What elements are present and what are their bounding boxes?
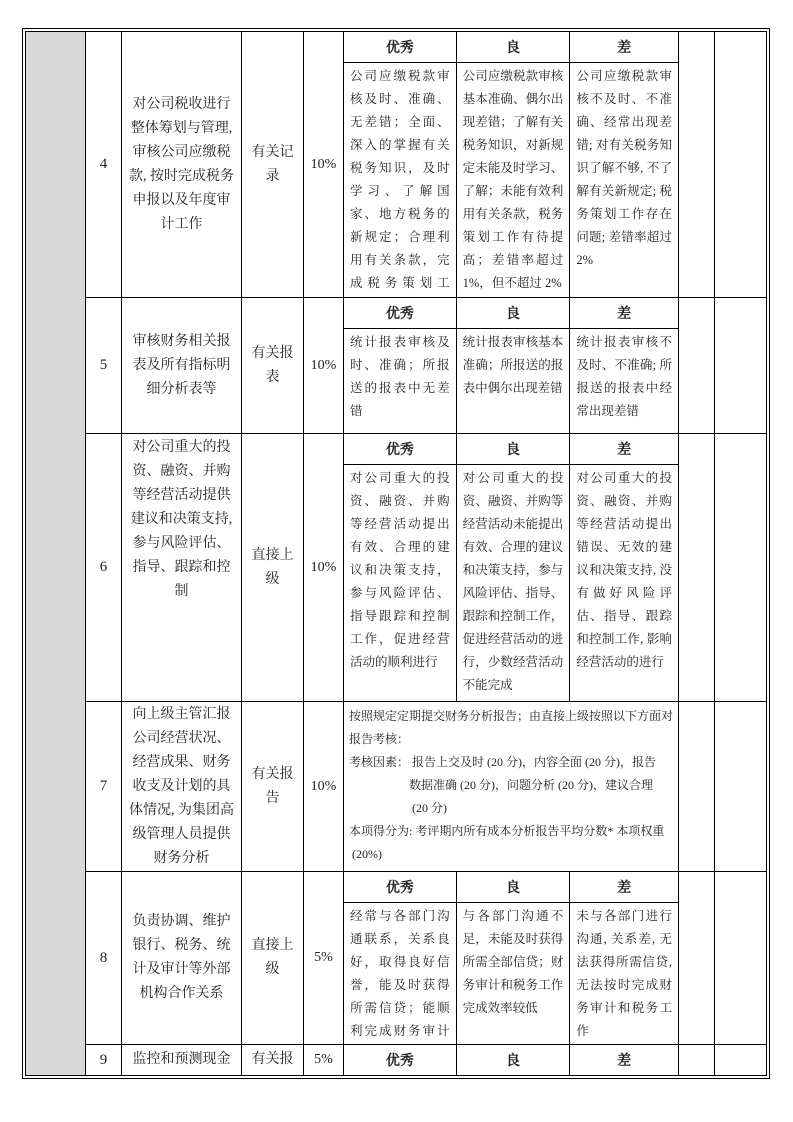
criteria-header-excellent: 优秀 [344, 872, 456, 903]
weight-value: 10% [304, 298, 344, 433]
criteria-block: 优秀 良 差 [344, 1045, 679, 1075]
criteria-text-excellent: 统计报表审核及时、准确；所报送的报表中无差错 [344, 329, 456, 425]
remarks-cell-empty [715, 298, 766, 433]
criteria-block: 优秀 对公司重大的投资、融资、并购等经营活动提出有效、合理的建议和决策支持，参与… [344, 434, 679, 701]
weight-value: 5% [304, 1045, 344, 1075]
weight-value: 10% [304, 434, 344, 701]
criteria-header-excellent: 优秀 [344, 1045, 456, 1075]
criteria-column-excellent: 优秀 公司应缴税款审核及时、准确、无差错；全面、深入的掌握有关税务知识，及时学习… [344, 32, 457, 297]
criteria-header-poor: 差 [570, 434, 678, 465]
table-row: 6 对公司重大的投资、融资、并购等经营活动提供建议和决策支持, 参与风险评估、指… [86, 434, 766, 702]
weight-value: 10% [304, 702, 344, 871]
criteria-column-good: 良 对公司重大的投资、融资、并购等经营活动未能提出有效、合理的建议和决策支持，参… [457, 434, 571, 701]
criteria-header-good: 良 [457, 872, 570, 903]
criteria-column-excellent: 优秀 [344, 1045, 457, 1075]
criteria-text-excellent: 公司应缴税款审核及时、准确、无差错；全面、深入的掌握有关税务知识，及时学习、了解… [344, 63, 456, 297]
criteria-header-good: 良 [457, 434, 570, 465]
task-description: 审核财务相关报表及所有指标明细分析表等 [122, 298, 242, 433]
table-row: 9 监控和预测现金 有关报 5% 优秀 良 差 [86, 1045, 766, 1075]
task-description: 向上级主管汇报公司经营状况、经营成果、财务收支及计划的具体情况, 为集团高级管理… [122, 702, 242, 871]
criteria-header-poor: 差 [570, 1045, 678, 1075]
row-number: 7 [86, 702, 122, 871]
weight-value: 5% [304, 872, 344, 1044]
criteria-text-poor: 对公司重大的投资、融资、并购等经营活动提出错误、无效的建议和决策支持, 没有做好… [570, 465, 678, 676]
category-shaded-column [26, 32, 86, 1075]
criteria-column-poor: 差 统计报表审核不及时、不准确; 所报送的报表中经常出现差错 [570, 298, 678, 433]
info-source: 有关报告 [242, 702, 304, 871]
criteria-header-poor: 差 [570, 872, 678, 903]
criteria-column-excellent: 优秀 统计报表审核及时、准确；所报送的报表中无差错 [344, 298, 457, 433]
criteria-header-excellent: 优秀 [344, 298, 456, 329]
task-description: 对公司税收进行整体筹划与管理, 审核公司应缴税款, 按时完成税务申报以及年度审计… [122, 32, 242, 297]
task-description: 监控和预测现金 [122, 1045, 242, 1075]
criteria-text-poor: 公司应缴税款审核不及时、不准确、经常出现差错; 对有关税务知识了解不够, 不了解… [570, 63, 678, 274]
assessment-merged-cell: 按照规定定期提交财务分析报告；由直接上级按照以下方面对 报告考核： 考核因素： … [344, 702, 679, 871]
criteria-header-good: 良 [457, 32, 570, 63]
criteria-column-poor: 差 对公司重大的投资、融资、并购等经营活动提出错误、无效的建议和决策支持, 没有… [570, 434, 678, 701]
score-cell-empty [679, 702, 715, 871]
criteria-header-good: 良 [457, 1045, 570, 1075]
info-source: 有关报 [242, 1045, 304, 1075]
remarks-cell-empty [715, 702, 766, 871]
criteria-text-good: 与各部门沟通不足，未能及时获得所需全部信贷；财务审计和税务工作完成效率较低 [457, 903, 570, 1022]
kpi-evaluation-table: 4 对公司税收进行整体筹划与管理, 审核公司应缴税款, 按时完成税务申报以及年度… [22, 28, 770, 1079]
criteria-column-poor: 差 公司应缴税款审核不及时、不准确、经常出现差错; 对有关税务知识了解不够, 不… [570, 32, 678, 297]
criteria-text-excellent: 对公司重大的投资、融资、并购等经营活动提出有效、合理的建议和决策支持，参与风险评… [344, 465, 456, 676]
row-number: 4 [86, 32, 122, 297]
criteria-text-excellent: 经常与各部门沟通联系，关系良好，取得良好信誉，能及时获得所需信贷；能顺利完成财务… [344, 903, 456, 1044]
criteria-header-poor: 差 [570, 32, 678, 63]
row-number: 8 [86, 872, 122, 1044]
info-source: 直接上级 [242, 872, 304, 1044]
table-row: 4 对公司税收进行整体筹划与管理, 审核公司应缴税款, 按时完成税务申报以及年度… [86, 32, 766, 298]
remarks-cell-empty [715, 434, 766, 701]
criteria-header-excellent: 优秀 [344, 32, 456, 63]
criteria-column-good: 良 与各部门沟通不足，未能及时获得所需全部信贷；财务审计和税务工作完成效率较低 [457, 872, 571, 1044]
criteria-header-poor: 差 [570, 298, 678, 329]
info-source: 有关报表 [242, 298, 304, 433]
info-source: 有关记录 [242, 32, 304, 297]
score-cell-empty [679, 434, 715, 701]
criteria-column-excellent: 优秀 对公司重大的投资、融资、并购等经营活动提出有效、合理的建议和决策支持，参与… [344, 434, 457, 701]
score-cell-empty [679, 872, 715, 1044]
assessment-text: 按照规定定期提交财务分析报告；由直接上级按照以下方面对 报告考核： 考核因素： … [344, 702, 678, 869]
table-row: 5 审核财务相关报表及所有指标明细分析表等 有关报表 10% 优秀 统计报表审核… [86, 298, 766, 434]
criteria-header-good: 良 [457, 298, 570, 329]
score-cell-empty [679, 1045, 715, 1075]
criteria-text-good: 对公司重大的投资、融资、并购等经营活动未能提出有效、合理的建议和决策支持，参与风… [457, 465, 570, 699]
row-number: 6 [86, 434, 122, 701]
criteria-column-good: 良 统计报表审核基本准确；所报送的报表中偶尔出现差错 [457, 298, 571, 433]
criteria-text-poor: 未与各部门进行沟通, 关系差, 无法获得所需信贷, 无法按时完成财务审计和税务工… [570, 903, 678, 1044]
score-cell-empty [679, 32, 715, 297]
score-cell-empty [679, 298, 715, 433]
task-description: 负责协调、维护银行、税务、统计及审计等外部机构合作关系 [122, 872, 242, 1044]
criteria-column-good: 良 [457, 1045, 571, 1075]
remarks-cell-empty [715, 872, 766, 1044]
task-description: 对公司重大的投资、融资、并购等经营活动提供建议和决策支持, 参与风险评估、指导、… [122, 434, 242, 701]
table-rows: 4 对公司税收进行整体筹划与管理, 审核公司应缴税款, 按时完成税务申报以及年度… [86, 32, 766, 1075]
document-page: 4 对公司税收进行整体筹划与管理, 审核公司应缴税款, 按时完成税务申报以及年度… [0, 0, 793, 1122]
criteria-text-poor: 统计报表审核不及时、不准确; 所报送的报表中经常出现差错 [570, 329, 678, 425]
criteria-block: 优秀 公司应缴税款审核及时、准确、无差错；全面、深入的掌握有关税务知识，及时学习… [344, 32, 679, 297]
table-row: 8 负责协调、维护银行、税务、统计及审计等外部机构合作关系 直接上级 5% 优秀… [86, 872, 766, 1045]
criteria-text-good: 统计报表审核基本准确；所报送的报表中偶尔出现差错 [457, 329, 570, 402]
criteria-block: 优秀 统计报表审核及时、准确；所报送的报表中无差错 良 统计报表审核基本准确；所… [344, 298, 679, 433]
row-number: 9 [86, 1045, 122, 1075]
criteria-block: 优秀 经常与各部门沟通联系，关系良好，取得良好信誉，能及时获得所需信贷；能顺利完… [344, 872, 679, 1044]
criteria-header-excellent: 优秀 [344, 434, 456, 465]
criteria-text-good: 公司应缴税款审核基本准确、偶尔出现差错；了解有关税务知识，对新规定未能及时学习、… [457, 63, 570, 297]
remarks-cell-empty [715, 32, 766, 297]
remarks-cell-empty [715, 1045, 766, 1075]
criteria-column-good: 良 公司应缴税款审核基本准确、偶尔出现差错；了解有关税务知识，对新规定未能及时学… [457, 32, 571, 297]
info-source: 直接上级 [242, 434, 304, 701]
row-number: 5 [86, 298, 122, 433]
criteria-column-excellent: 优秀 经常与各部门沟通联系，关系良好，取得良好信誉，能及时获得所需信贷；能顺利完… [344, 872, 457, 1044]
table-row: 7 向上级主管汇报公司经营状况、经营成果、财务收支及计划的具体情况, 为集团高级… [86, 702, 766, 872]
criteria-column-poor: 差 未与各部门进行沟通, 关系差, 无法获得所需信贷, 无法按时完成财务审计和税… [570, 872, 678, 1044]
criteria-column-poor: 差 [570, 1045, 678, 1075]
weight-value: 10% [304, 32, 344, 297]
